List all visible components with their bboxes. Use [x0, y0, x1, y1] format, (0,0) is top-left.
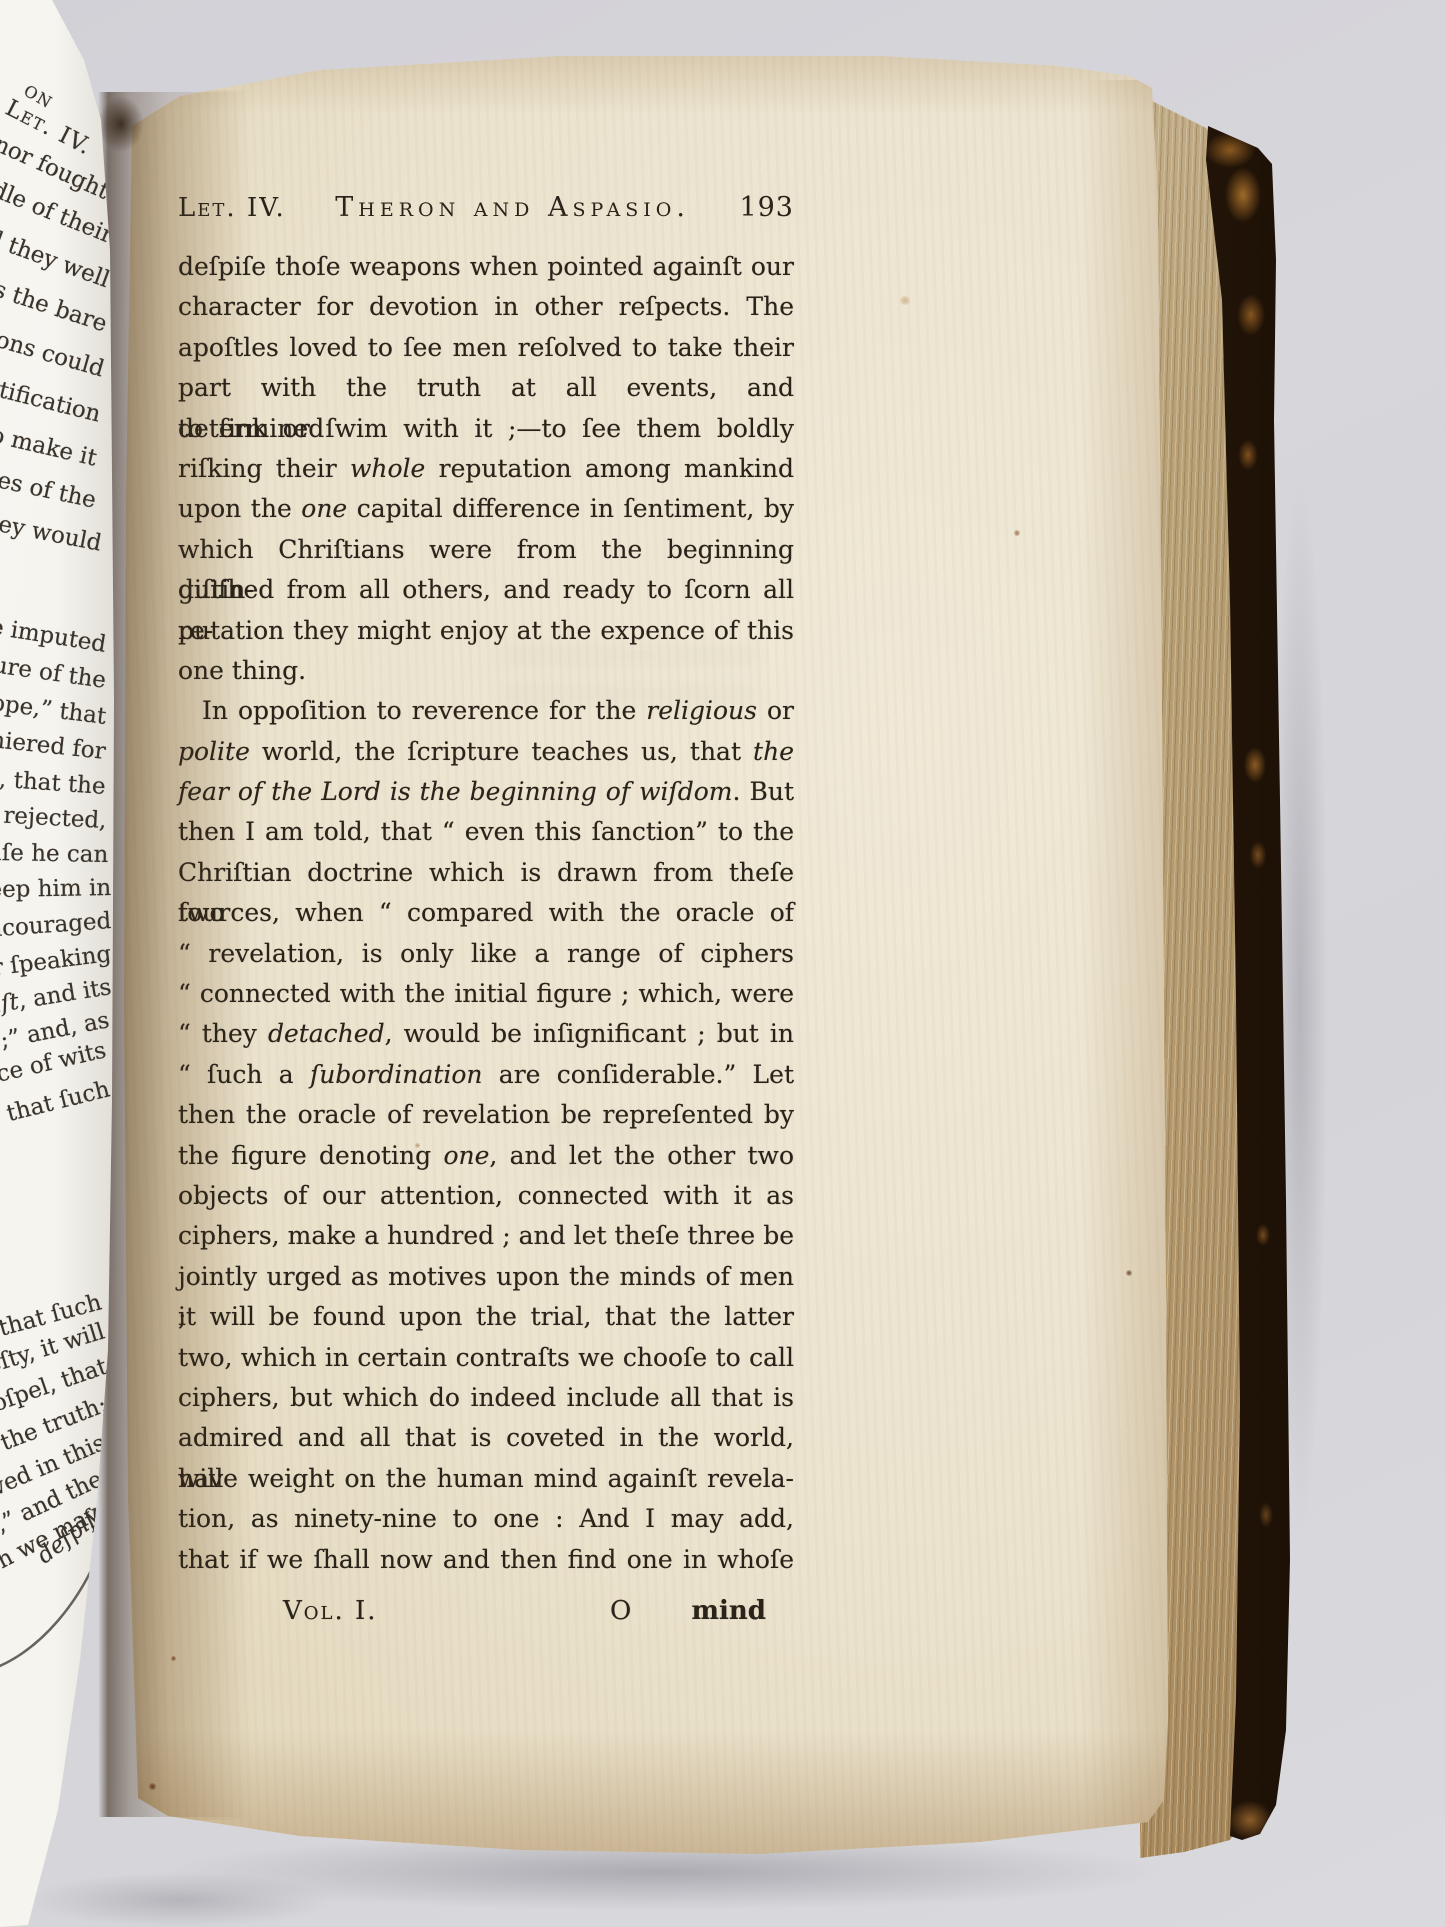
italic-text-segment: whole — [350, 454, 425, 483]
text-line: character for devotion in other reſpects… — [178, 287, 794, 327]
foxing-spot — [1014, 530, 1020, 536]
text-line: fear of the Lord is the beginning of wiſ… — [178, 772, 794, 812]
text-line: jointly urged as motives upon the minds … — [178, 1257, 794, 1297]
text-line: “ they detached, would be inſignificant … — [178, 1014, 794, 1054]
text-line: “ revelation, is only like a range of ci… — [178, 934, 794, 974]
text-line: have weight on the human mind againſt re… — [178, 1459, 794, 1499]
text-segment: capital difference in ſentiment, by — [347, 494, 794, 523]
book-title-header: Theron and Aspasio. — [335, 192, 690, 223]
text-line: guiſhed from all others, and ready to ſc… — [178, 570, 794, 610]
text-line: ciphers, but which do indeed include all… — [178, 1378, 794, 1418]
text-segment: tion, as ninety-nine to one : And I may … — [178, 1504, 794, 1533]
text-segment: “ revelation, is only like a range of ci… — [178, 939, 794, 968]
text-segment: or — [757, 696, 794, 725]
text-segment: that if we ſhall now and then find one i… — [178, 1545, 794, 1574]
text-line: deſpiſe thoſe weapons when pointed again… — [178, 247, 794, 287]
text-line: two, which in certain contraſts we chooſ… — [178, 1338, 794, 1378]
text-segment: objects of our attention, connected with… — [178, 1181, 794, 1210]
text-line: upon the one capital difference in ſenti… — [178, 489, 794, 529]
text-segment: then the oracle of revelation be repreſe… — [178, 1100, 794, 1129]
body-text: deſpiſe thoſe weapons when pointed again… — [178, 247, 794, 1580]
text-segment: ciphers, make a hundred ; and let theſe … — [178, 1221, 794, 1250]
text-line: to ſink or ſwim with it ;—to ſee them bo… — [178, 409, 794, 449]
italic-text-segment: one — [443, 1141, 489, 1170]
text-segment: , would be inſignificant ; but in — [385, 1019, 794, 1048]
gutter-top-shadow — [98, 96, 144, 152]
text-line: ciphers, make a hundred ; and let theſe … — [178, 1216, 794, 1256]
text-segment: ciphers, but which do indeed include all… — [178, 1383, 794, 1412]
text-segment: two, which in certain contraſts we chooſ… — [178, 1343, 794, 1372]
text-line: part with the truth at all events, and d… — [178, 368, 794, 408]
text-line: In oppoſition to reverence for the relig… — [178, 691, 794, 731]
text-line: objects of our attention, connected with… — [178, 1176, 794, 1216]
text-line: polite world, the ſcripture teaches us, … — [178, 732, 794, 772]
text-segment: are conſiderable.” Let — [483, 1060, 794, 1089]
italic-text-segment: one — [301, 494, 347, 523]
text-line: putation they might enjoy at the expence… — [178, 611, 794, 651]
text-line: admired and all that is coveted in the w… — [178, 1418, 794, 1458]
running-header: Let. IV. Theron and Aspasio. 193 — [178, 192, 794, 234]
text-segment: , and let the other two — [489, 1141, 794, 1170]
text-segment: . But — [733, 777, 795, 806]
text-line: the figure denoting one, and let the oth… — [178, 1136, 794, 1176]
text-segment: then I am told, that “ even this ſanctio… — [178, 817, 794, 846]
text-line: “ connected with the initial figure ; wh… — [178, 974, 794, 1014]
text-line: then I am told, that “ even this ſanctio… — [178, 812, 794, 852]
text-segment: to ſink or ſwim with it ;—to ſee them bo… — [178, 414, 794, 443]
text-line: which Chriſtians were from the beginning… — [178, 530, 794, 570]
book-photograph: { "photo": { "background_color": "#d6d5d… — [0, 0, 1445, 1927]
text-line: Chriſtian doctrine which is drawn from t… — [178, 853, 794, 893]
foxing-spot — [1126, 1270, 1132, 1276]
volume-label: Vol. I. — [283, 1596, 378, 1626]
text-segment: character for devotion in other reſpects… — [178, 292, 794, 321]
text-line: tion, as ninety-nine to one : And I may … — [178, 1499, 794, 1539]
text-segment: world, the ſcripture teaches us, that — [250, 737, 753, 766]
italic-text-segment: fear of the Lord is the beginning of wiſ… — [178, 777, 733, 806]
printed-text-block: Let. IV. Theron and Aspasio. 193 deſpiſe… — [178, 192, 794, 1638]
text-segment: deſpiſe thoſe weapons when pointed again… — [178, 252, 794, 281]
right-edge-toning — [1080, 80, 1170, 1840]
italic-text-segment: the — [753, 737, 794, 766]
text-segment: apoſtles loved to ſee men reſolved to ta… — [178, 333, 794, 362]
text-segment: “ connected with the initial figure ; wh… — [178, 979, 794, 1008]
italic-text-segment: detached — [268, 1019, 385, 1048]
text-line: riſking their whole reputation among man… — [178, 449, 794, 489]
text-line: then the oracle of revelation be repreſe… — [178, 1095, 794, 1135]
text-segment: ſources, when “ compared with the oracle… — [178, 898, 794, 927]
text-line: “ ſuch a ſubordination are conſiderable.… — [178, 1055, 794, 1095]
text-segment: reputation among mankind — [425, 454, 794, 483]
signature-mark: O — [610, 1596, 631, 1626]
page-number: 193 — [739, 192, 794, 223]
text-segment: have weight on the human mind againſt re… — [178, 1464, 794, 1493]
catchword: mind — [692, 1596, 766, 1626]
text-line: ſources, when “ compared with the oracle… — [178, 893, 794, 933]
foxing-spot — [900, 296, 910, 305]
text-line: it will be found upon the trial, that th… — [178, 1297, 794, 1337]
italic-text-segment: religious — [646, 696, 757, 725]
gutter-shadow — [98, 92, 248, 1817]
text-segment: it will be found upon the trial, that th… — [178, 1302, 794, 1331]
page-footer: Vol. I. O mind — [178, 1596, 794, 1638]
italic-text-segment: ſubordination — [310, 1060, 483, 1089]
text-segment: putation they might enjoy at the expence… — [178, 616, 794, 645]
text-segment: In oppoſition to reverence for the — [202, 696, 646, 725]
text-line: one thing. — [178, 651, 794, 691]
text-line: that if we ſhall now and then find one i… — [178, 1540, 794, 1580]
text-line: apoſtles loved to ſee men reſolved to ta… — [178, 328, 794, 368]
